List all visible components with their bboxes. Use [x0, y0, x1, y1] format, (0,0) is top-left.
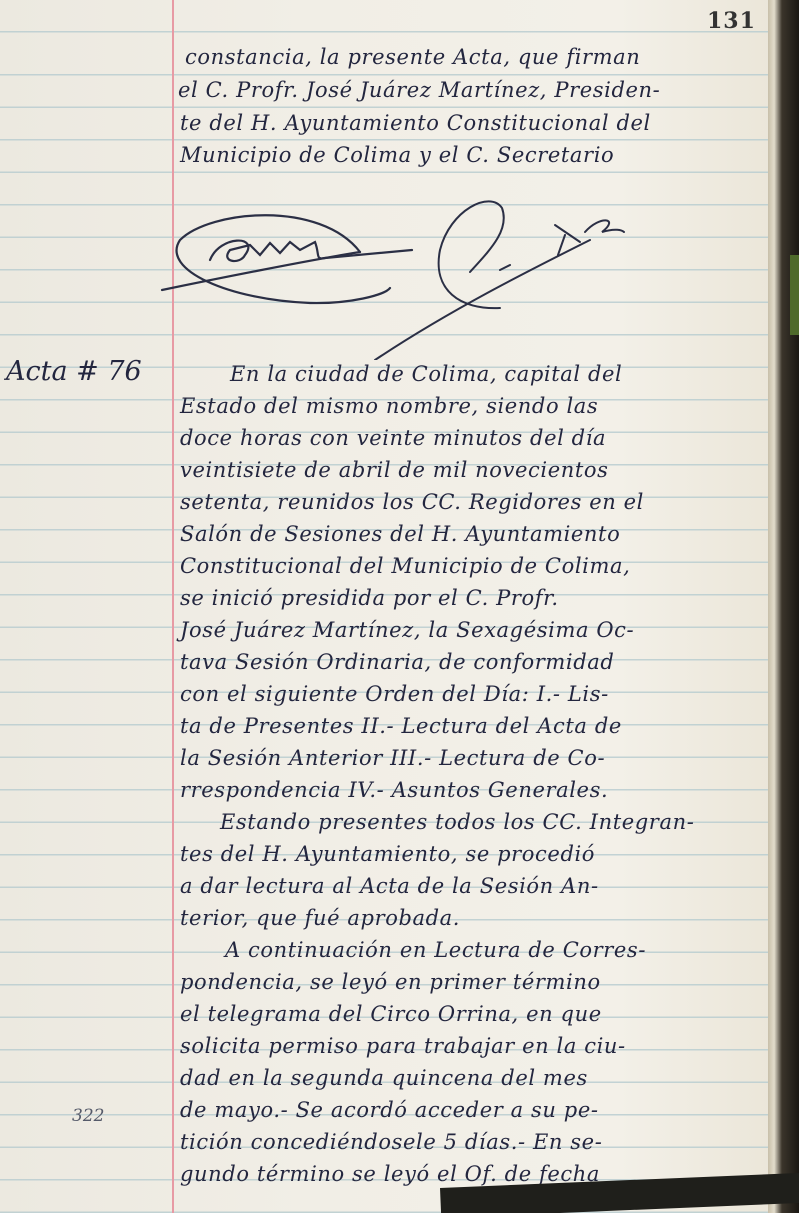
text-line: la Sesión Anterior III.- Lectura de Co-	[180, 746, 605, 770]
text-line: Salón de Sesiones del H. Ayuntamiento	[180, 522, 620, 546]
text-line: setenta, reunidos los CC. Regidores en e…	[180, 490, 644, 514]
background-edge	[790, 255, 799, 335]
text-line: dad en la segunda quincena del mes	[180, 1066, 588, 1090]
text-line: Estando presentes todos los CC. Integran…	[220, 810, 694, 834]
text-line: pondencia, se leyó en primer término	[180, 970, 601, 994]
text-line: doce horas con veinte minutos del día	[180, 426, 606, 450]
page-number: 131	[707, 8, 756, 34]
signature-secretary-icon	[375, 201, 624, 360]
ledger-page: 131 constancia, la presente Acta, que fi…	[0, 0, 772, 1213]
text-line: tava Sesión Ordinaria, de conformidad	[180, 650, 614, 674]
text-line: con el siguiente Orden del Día: I.- Lis-	[180, 682, 609, 706]
acta-number-label: Acta # 76	[6, 356, 142, 387]
text-line: de mayo.- Se acordó acceder a su pe-	[180, 1098, 599, 1122]
text-line: tición concediéndosele 5 días.- En se-	[180, 1130, 602, 1154]
folio-number: 322	[72, 1106, 104, 1126]
text-line: veintisiete de abril de mil novecientos	[180, 458, 609, 482]
signatures	[150, 180, 799, 360]
text-line: se inició presidida por el C. Profr.	[180, 586, 559, 610]
text-line: rrespondencia IV.- Asuntos Generales.	[180, 778, 608, 802]
text-line: A continuación en Lectura de Corres-	[225, 938, 646, 962]
text-line: gundo término se leyó el Of. de fecha	[180, 1162, 600, 1186]
text-line: el telegrama del Circo Orrina, en que	[180, 1002, 602, 1026]
text-line: Constitucional del Municipio de Colima,	[180, 554, 630, 578]
text-line: constancia, la presente Acta, que firman	[185, 45, 640, 69]
text-line: José Juárez Martínez, la Sexagésima Oc-	[180, 618, 634, 642]
text-line: te del H. Ayuntamiento Constitucional de…	[180, 111, 651, 135]
text-line: En la ciudad de Colima, capital del	[230, 362, 622, 386]
signature-president-icon	[162, 215, 412, 303]
text-line: solicita permiso para trabajar en la ciu…	[180, 1034, 626, 1058]
text-line: a dar lectura al Acta de la Sesión An-	[180, 874, 599, 898]
text-line: ta de Presentes II.- Lectura del Acta de	[180, 714, 622, 738]
text-line: el C. Profr. José Juárez Martínez, Presi…	[178, 78, 660, 102]
text-line: Estado del mismo nombre, siendo las	[180, 394, 598, 418]
book-spine-edge	[768, 0, 799, 1213]
text-line: Municipio de Colima y el C. Secretario	[180, 143, 614, 167]
text-line: tes del H. Ayuntamiento, se procedió	[180, 842, 595, 866]
text-line: terior, que fué aprobada.	[180, 906, 460, 930]
